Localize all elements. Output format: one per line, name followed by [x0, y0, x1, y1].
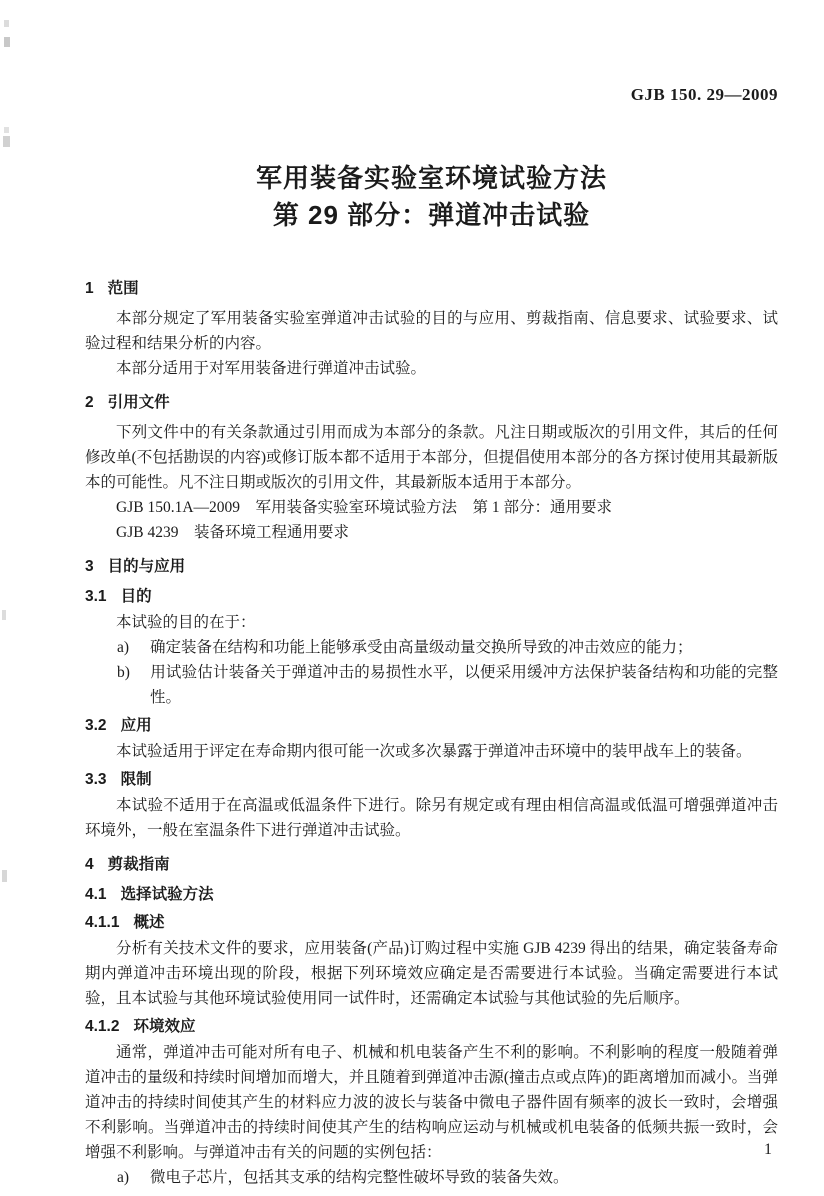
paragraph: 本试验不适用于在高温或低温条件下进行。除另有规定或有理由相信高温或低温可增强弹道…: [85, 793, 778, 843]
section-3-1-heading: 3.1目的: [85, 584, 778, 609]
section-title: 剪裁指南: [108, 856, 170, 873]
section-title: 环境效应: [133, 1018, 195, 1035]
section-3-3-heading: 3.3限制: [85, 767, 778, 792]
paragraph: 分析有关技术文件的要求，应用装备(产品)订购过程中实施 GJB 4239 得出的…: [85, 936, 778, 1011]
paragraph: 本部分适用于对军用装备进行弹道冲击试验。: [85, 356, 778, 381]
section-3-2-heading: 3.2应用: [85, 713, 778, 738]
document-page: GJB 150. 29—2009 军用装备实验室环境试验方法 第 29 部分：弹…: [0, 0, 824, 1196]
section-title: 目的与应用: [108, 558, 186, 575]
list-marker: a): [117, 1165, 150, 1190]
list-marker: a): [117, 635, 150, 660]
paragraph: 本试验的目的在于：: [85, 610, 778, 635]
paragraph: 下列文件中的有关条款通过引用而成为本部分的条款。凡注日期或版次的引用文件，其后的…: [85, 420, 778, 495]
doc-title-line2: 第 29 部分：弹道冲击试验: [85, 197, 778, 234]
section-number: 3.2: [85, 713, 107, 738]
paragraph: 本部分规定了军用装备实验室弹道冲击试验的目的与应用、剪裁指南、信息要求、试验要求…: [85, 306, 778, 356]
section-number: 3.1: [85, 584, 107, 609]
scan-artifact: [4, 37, 10, 47]
section-4-1-heading: 4.1选择试验方法: [85, 882, 778, 907]
section-title: 引用文件: [108, 394, 170, 411]
section-number: 4.1.1: [85, 910, 119, 935]
paragraph: 本试验适用于评定在寿命期内很可能一次或多次暴露于弹道冲击环境中的装甲战车上的装备…: [85, 739, 778, 764]
section-number: 3.3: [85, 767, 107, 792]
section-3-heading: 3目的与应用: [85, 554, 778, 579]
section-number: 1: [85, 276, 94, 301]
section-title: 选择试验方法: [121, 886, 214, 903]
section-4-1-2-heading: 4.1.2环境效应: [85, 1014, 778, 1039]
scan-artifact: [4, 127, 9, 133]
doc-number: GJB 150. 29—2009: [85, 84, 778, 106]
scan-artifact: [3, 136, 10, 147]
section-title: 范围: [108, 280, 139, 297]
section-2-heading: 2引用文件: [85, 390, 778, 415]
scan-artifact: [2, 870, 7, 882]
section-number: 3: [85, 554, 94, 579]
section-number: 4.1.2: [85, 1014, 119, 1039]
section-title: 目的: [121, 588, 152, 605]
section-4-heading: 4剪裁指南: [85, 852, 778, 877]
list-item-text: 微电子芯片，包括其支承的结构完整性破坏导致的装备失效。: [150, 1169, 569, 1186]
list-item-text: 确定装备在结构和功能上能够承受由高量级动量交换所导致的冲击效应的能力；: [150, 639, 693, 656]
section-number: 2: [85, 390, 94, 415]
section-1-heading: 1范围: [85, 276, 778, 301]
list-marker: b): [117, 660, 150, 685]
reference-item: GJB 4239 装备环境工程通用要求: [85, 520, 778, 545]
section-title: 应用: [121, 717, 152, 734]
paragraph: 通常，弹道冲击可能对所有电子、机械和机电装备产生不利的影响。不利影响的程度一般随…: [85, 1040, 778, 1165]
reference-item: GJB 150.1A—2009 军用装备实验室环境试验方法 第 1 部分：通用要…: [85, 495, 778, 520]
scan-artifact: [4, 20, 9, 27]
section-number: 4.1: [85, 882, 107, 907]
section-title: 概述: [133, 914, 164, 931]
doc-title: 军用装备实验室环境试验方法 第 29 部分：弹道冲击试验: [85, 160, 778, 234]
scan-artifact: [2, 610, 6, 620]
list-item-text: 用试验估计装备关于弹道冲击的易损性水平，以便采用缓冲方法保护装备结构和功能的完整…: [150, 664, 778, 706]
list-item: b)用试验估计装备关于弹道冲击的易损性水平，以便采用缓冲方法保护装备结构和功能的…: [85, 660, 778, 710]
section-title: 限制: [121, 771, 152, 788]
doc-title-line1: 军用装备实验室环境试验方法: [85, 160, 778, 197]
section-4-1-1-heading: 4.1.1概述: [85, 910, 778, 935]
list-item: a)确定装备在结构和功能上能够承受由高量级动量交换所导致的冲击效应的能力；: [85, 635, 778, 660]
section-number: 4: [85, 852, 94, 877]
page-number: 1: [764, 1137, 772, 1162]
list-item: a)微电子芯片，包括其支承的结构完整性破坏导致的装备失效。: [85, 1165, 778, 1190]
document-body: 1范围 本部分规定了军用装备实验室弹道冲击试验的目的与应用、剪裁指南、信息要求、…: [85, 276, 778, 1190]
